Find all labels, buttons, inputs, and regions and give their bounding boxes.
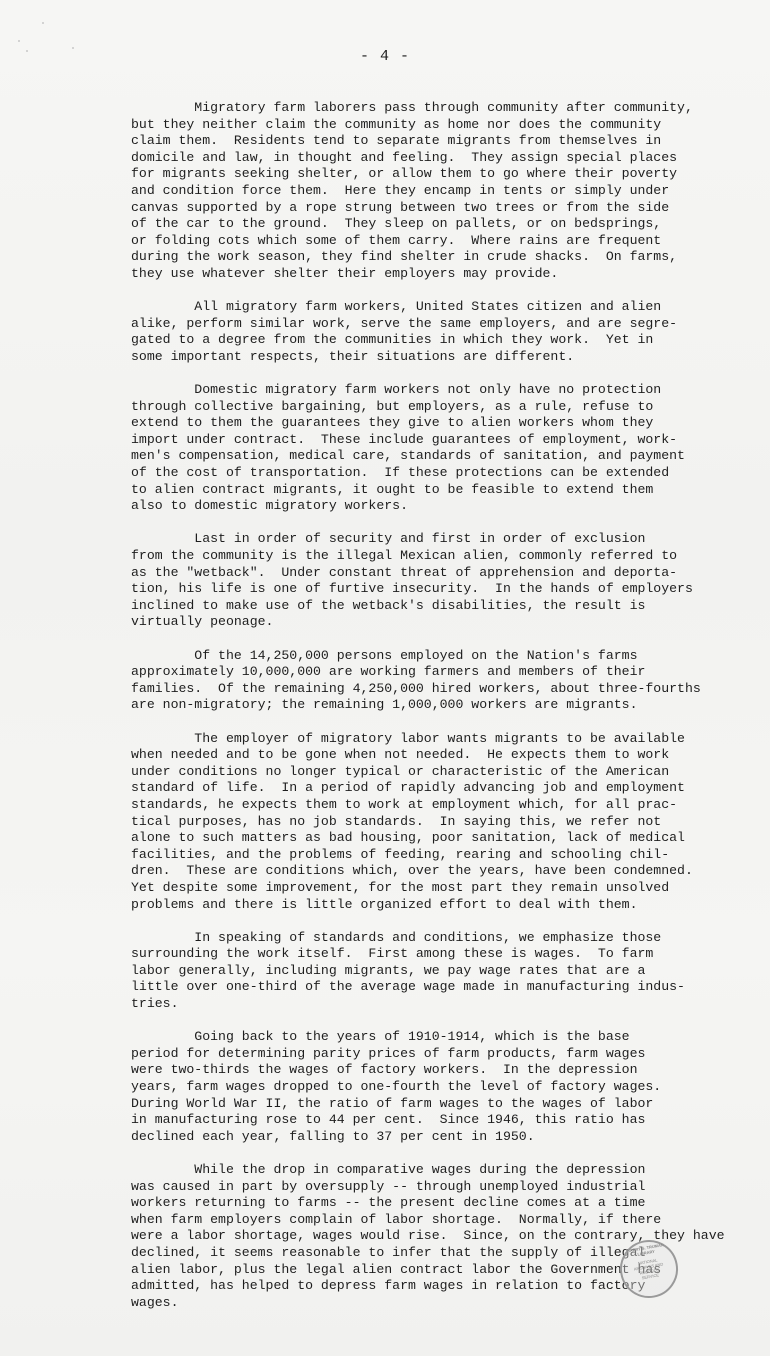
text-line: under conditions no longer typical or ch… <box>131 764 711 781</box>
text-line: standard of life. In a period of rapidly… <box>131 780 711 797</box>
paragraph: Of the 14,250,000 persons employed on th… <box>131 648 711 714</box>
text-line: through collective bargaining, but emplo… <box>131 399 711 416</box>
text-line: to alien contract migrants, it ought to … <box>131 482 711 499</box>
text-line: The employer of migratory labor wants mi… <box>131 731 711 748</box>
text-line: Domestic migratory farm workers not only… <box>131 382 711 399</box>
text-line: In speaking of standards and conditions,… <box>131 930 711 947</box>
text-line: little over one-third of the average wag… <box>131 979 711 996</box>
text-line: of the cost of transportation. If these … <box>131 465 711 482</box>
text-line: but they neither claim the community as … <box>131 117 711 134</box>
text-line: tion, his life is one of furtive insecur… <box>131 581 711 598</box>
text-line: approximately 10,000,000 are working far… <box>131 664 711 681</box>
text-line: they use whatever shelter their employer… <box>131 266 711 283</box>
document-page: - 4 - Migratory farm laborers pass throu… <box>0 0 770 1356</box>
text-line: some important respects, their situation… <box>131 349 711 366</box>
text-line: also to domestic migratory workers. <box>131 498 711 515</box>
text-line: canvas supported by a rope strung betwee… <box>131 200 711 217</box>
text-line: from the community is the illegal Mexica… <box>131 548 711 565</box>
paragraph: Last in order of security and first in o… <box>131 531 711 631</box>
margin-speck <box>18 40 20 42</box>
text-line: wages. <box>131 1295 711 1312</box>
text-line: standards, he expects them to work at em… <box>131 797 711 814</box>
paragraph: While the drop in comparative wages duri… <box>131 1162 711 1311</box>
text-line: were a labor shortage, wages would rise.… <box>131 1228 711 1245</box>
text-line: was caused in part by oversupply -- thro… <box>131 1179 711 1196</box>
text-line: tical purposes, has no job standards. In… <box>131 814 711 831</box>
text-line: Of the 14,250,000 persons employed on th… <box>131 648 711 665</box>
text-line: men's compensation, medical care, standa… <box>131 448 711 465</box>
text-line: were two-thirds the wages of factory wor… <box>131 1062 711 1079</box>
stamp-inner-text: NATIONAL ARCHIVES AND RECORDS SERVICE <box>630 1256 669 1282</box>
text-line: While the drop in comparative wages duri… <box>131 1162 711 1179</box>
text-line: inclined to make use of the wetback's di… <box>131 598 711 615</box>
text-line: when farm employers complain of labor sh… <box>131 1212 711 1229</box>
text-line: extend to them the guarantees they give … <box>131 415 711 432</box>
text-line: surrounding the work itself. First among… <box>131 946 711 963</box>
body-text: Migratory farm laborers pass through com… <box>131 100 711 1328</box>
text-line: when needed and to be gone when not need… <box>131 747 711 764</box>
text-line: of the car to the ground. They sleep on … <box>131 216 711 233</box>
text-line: dren. These are conditions which, over t… <box>131 863 711 880</box>
text-line: declined each year, falling to 37 per ce… <box>131 1129 711 1146</box>
text-line: alike, perform similar work, serve the s… <box>131 316 711 333</box>
text-line: are non-migratory; the remaining 1,000,0… <box>131 697 711 714</box>
text-line: All migratory farm workers, United State… <box>131 299 711 316</box>
text-line: as the "wetback". Under constant threat … <box>131 565 711 582</box>
text-line: claim them. Residents tend to separate m… <box>131 133 711 150</box>
text-line: labor generally, including migrants, we … <box>131 963 711 980</box>
text-line: families. Of the remaining 4,250,000 hir… <box>131 681 711 698</box>
text-line: period for determining parity prices of … <box>131 1046 711 1063</box>
text-line: in manufacturing rose to 44 per cent. Si… <box>131 1112 711 1129</box>
text-line: Last in order of security and first in o… <box>131 531 711 548</box>
text-line: alone to such matters as bad housing, po… <box>131 830 711 847</box>
paragraph: The employer of migratory labor wants mi… <box>131 731 711 914</box>
text-line: and condition force them. Here they enca… <box>131 183 711 200</box>
text-line: import under contract. These include gua… <box>131 432 711 449</box>
text-line: problems and there is little organized e… <box>131 897 711 914</box>
text-line: gated to a degree from the communities i… <box>131 332 711 349</box>
paragraph: In speaking of standards and conditions,… <box>131 930 711 1013</box>
margin-speck <box>42 22 44 24</box>
paragraph: Going back to the years of 1910-1914, wh… <box>131 1029 711 1145</box>
paragraph: All migratory farm workers, United State… <box>131 299 711 365</box>
text-line: domicile and law, in thought and feeling… <box>131 150 711 167</box>
paragraph: Migratory farm laborers pass through com… <box>131 100 711 283</box>
text-line: During World War II, the ratio of farm w… <box>131 1096 711 1113</box>
text-line: years, farm wages dropped to one-fourth … <box>131 1079 711 1096</box>
text-line: facilities, and the problems of feeding,… <box>131 847 711 864</box>
text-line: tries. <box>131 996 711 1013</box>
text-line: during the work season, they find shelte… <box>131 249 711 266</box>
text-line: Migratory farm laborers pass through com… <box>131 100 711 117</box>
text-line: or folding cots which some of them carry… <box>131 233 711 250</box>
text-line: virtually peonage. <box>131 614 711 631</box>
paragraph: Domestic migratory farm workers not only… <box>131 382 711 515</box>
text-line: for migrants seeking shelter, or allow t… <box>131 166 711 183</box>
text-line: workers returning to farms -- the presen… <box>131 1195 711 1212</box>
text-line: Going back to the years of 1910-1914, wh… <box>131 1029 711 1046</box>
page-number: - 4 - <box>0 48 770 65</box>
text-line: Yet despite some improvement, for the mo… <box>131 880 711 897</box>
